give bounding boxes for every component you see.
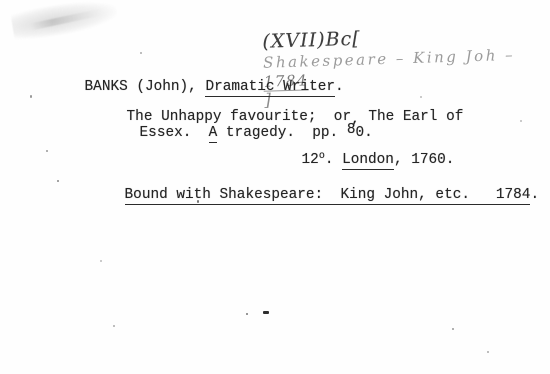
scan-speck xyxy=(246,313,248,315)
scan-speck xyxy=(57,180,59,182)
scan-speck xyxy=(46,150,48,152)
imprint-rest: , 1760. xyxy=(394,152,454,168)
note-underlined: Bound with Shakespeare: King John, etc. … xyxy=(125,187,531,205)
imprint-separator: . xyxy=(325,152,342,168)
scan-speck xyxy=(487,351,489,353)
note-line: Bound with Shakespeare: King John, etc. … xyxy=(90,170,539,221)
annotation-classmark: (XVII)Bc[ xyxy=(262,28,361,53)
scan-speck xyxy=(263,311,269,314)
catalog-card: (XVII)Bc[ Shakespeare – King Joh – 1784 … xyxy=(0,0,550,374)
title-line2-text: Essex. xyxy=(140,125,209,141)
note-period: . xyxy=(530,187,539,203)
title-line1-rest: The Earl of xyxy=(360,109,464,125)
scan-speck xyxy=(113,325,115,327)
format-superscript: o xyxy=(319,151,325,162)
imprint-place-underlined: London xyxy=(342,152,394,170)
imprint-format: 12 xyxy=(302,152,319,168)
scan-speck xyxy=(140,52,142,54)
title-line2-a-underlined: A xyxy=(209,125,218,143)
scan-speck xyxy=(30,95,32,98)
scan-speck xyxy=(100,260,102,262)
scan-speck xyxy=(452,328,454,330)
